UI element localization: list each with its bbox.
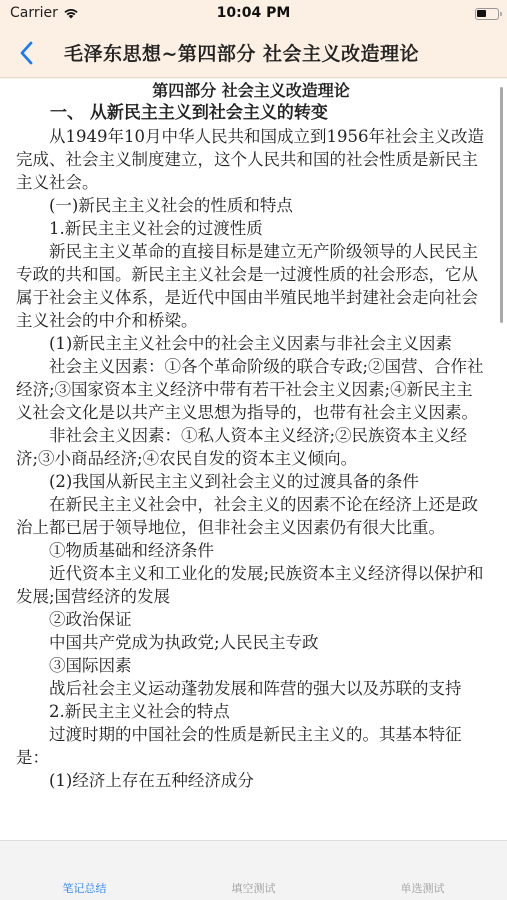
tab-bar: 笔记总结 填空测试 单选测试 [0, 840, 507, 900]
paragraph: 非社会主义因素：①私人资本主义经济;②民族资本主义经济;③小商品经济;④农民自发… [16, 424, 486, 470]
document-body: 第四部分 社会主义改造理论 一、 从新民主主义到社会主义的转变 从1949年10… [16, 79, 486, 792]
paragraph: 过渡时期的中国社会的性质是新民主主义的。其基本特征是： [16, 723, 486, 769]
paragraph: 社会主义因素：①各个革命阶级的联合专政;②国营、合作社经济;③国家资本主义经济中… [16, 355, 486, 424]
back-button[interactable] [10, 36, 42, 70]
paragraph: ①物质基础和经济条件 [16, 539, 486, 562]
paragraph: 在新民主主义社会中，社会主义的因素不论在经济上还是政治上都已居于领导地位，但非社… [16, 493, 486, 539]
content-scroll-view[interactable]: 第四部分 社会主义改造理论 一、 从新民主主义到社会主义的转变 从1949年10… [0, 79, 507, 840]
tab-label: 填空测试 [232, 880, 276, 896]
paragraph: (1)经济上存在五种经济成分 [16, 769, 486, 792]
chevron-left-icon [19, 41, 33, 65]
paragraph: ③国际因素 [16, 654, 486, 677]
tab-notes-summary[interactable]: 笔记总结 [0, 841, 169, 900]
tab-label: 笔记总结 [63, 880, 107, 896]
status-bar: Carrier 10:04 PM [0, 0, 507, 28]
paragraph: 1.新民主主义社会的过渡性质 [16, 217, 486, 240]
paragraph: 新民主主义革命的直接目标是建立无产阶级领导的人民民主专政的共和国。新民主主义社会… [16, 240, 486, 332]
paragraph: (2)我国从新民主主义到社会主义的过渡具备的条件 [16, 470, 486, 493]
document-title: 第四部分 社会主义改造理论 [16, 79, 486, 102]
paragraph: (1)新民主主义社会中的社会主义因素与非社会主义因素 [16, 332, 486, 355]
section-heading: 一、 从新民主主义到社会主义的转变 [16, 102, 486, 125]
clock: 10:04 PM [0, 5, 507, 21]
paragraph: 战后社会主义运动蓬勃发展和阵营的强大以及苏联的支持 [16, 677, 486, 700]
paragraph: 中国共产党成为执政党;人民民主专政 [16, 631, 486, 654]
paragraph: 从1949年10月中华人民共和国成立到1956年社会主义改造完成、社会主义制度建… [16, 125, 486, 194]
navigation-bar: 毛泽东思想~第四部分 社会主义改造理论 [0, 28, 507, 78]
paragraph: 2.新民主主义社会的特点 [16, 700, 486, 723]
tab-single-choice-test[interactable]: 单选测试 [338, 841, 507, 900]
paragraph: (一)新民主主义社会的性质和特点 [16, 194, 486, 217]
tab-label: 单选测试 [401, 880, 445, 896]
paragraph: ②政治保证 [16, 608, 486, 631]
tab-fill-blank-test[interactable]: 填空测试 [169, 841, 338, 900]
battery-icon [475, 8, 499, 20]
vertical-scrollbar[interactable] [500, 87, 503, 323]
page-title: 毛泽东思想~第四部分 社会主义改造理论 [64, 39, 419, 66]
paragraph: 近代资本主义和工业化的发展;民族资本主义经济得以保护和发展;国营经济的发展 [16, 562, 486, 608]
